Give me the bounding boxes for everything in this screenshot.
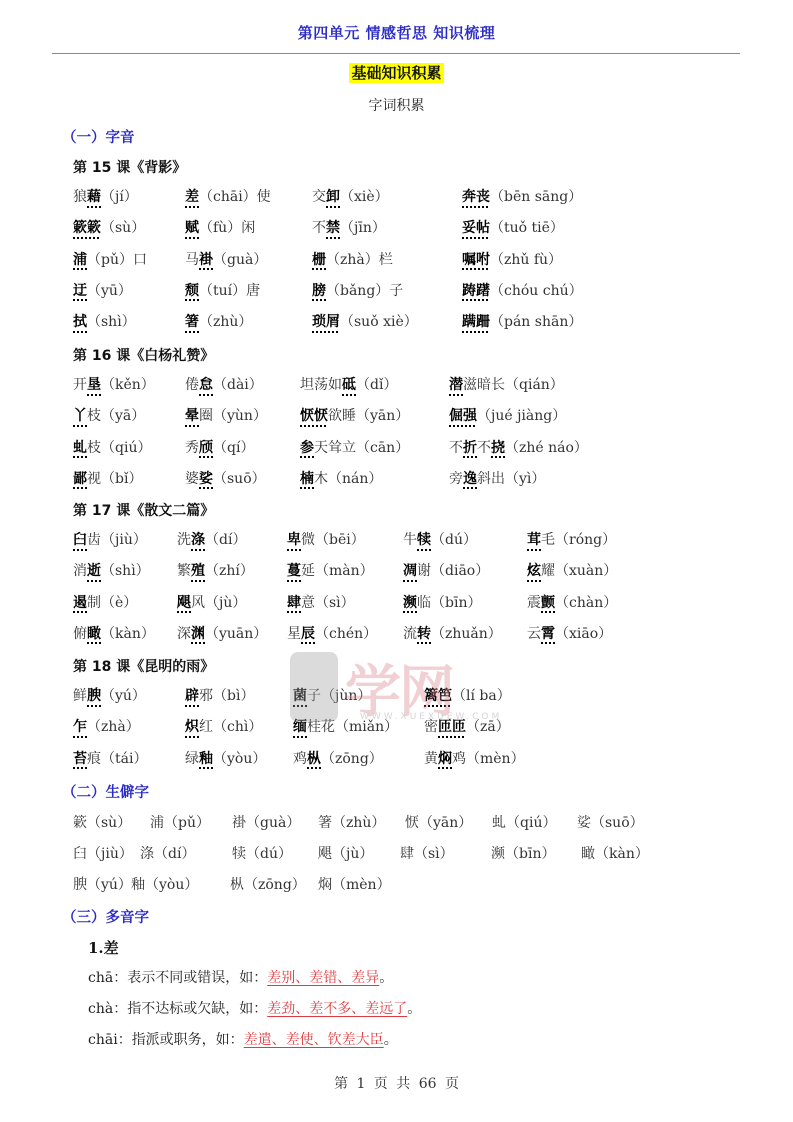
word-text: （zōng） <box>321 751 383 767</box>
word-text: （fù）闲 <box>199 220 255 236</box>
word-text: （bǐ） <box>101 471 142 487</box>
word-text: （xuàn） <box>555 563 617 579</box>
word-text: 洗 <box>177 532 191 548</box>
word-entry: 坦荡如砥（dǐ） <box>300 374 397 394</box>
word-text: 桂花 <box>307 719 335 735</box>
rare-char-entry: 犊（dú） <box>232 843 292 863</box>
word-entry: 拭（shì） <box>73 311 136 331</box>
key-char: 箸 <box>185 314 199 330</box>
key-char: 迂 <box>73 283 87 299</box>
word-entry: 篱笆（lí ba） <box>424 685 511 705</box>
rare-char-entry: 釉（yòu） <box>131 874 198 894</box>
key-char: 倔强 <box>449 408 477 424</box>
word-text: 天耸立 <box>314 440 356 456</box>
polyphone-entry: chā：表示不同或错误，如：差别、差错、差异。 <box>88 967 393 987</box>
key-char: 釉 <box>199 751 213 767</box>
key-char: 琐屑 <box>312 314 340 330</box>
key-char: 踌躇 <box>462 283 490 299</box>
word-text: 红 <box>199 719 213 735</box>
word-entry: 辟邪（bì） <box>185 685 254 705</box>
rare-char-entry: 褂（guà） <box>232 812 300 832</box>
key-char: 乍 <box>73 719 87 735</box>
word-text: （bì） <box>213 688 254 704</box>
word-entry: 丫枝（yā） <box>73 405 145 425</box>
punctuation: 。 <box>407 1001 421 1017</box>
word-entry: 茸毛（róng） <box>527 529 616 549</box>
lesson-title: 第 17 课《散文二篇》 <box>73 500 214 520</box>
word-text: 狼 <box>73 189 87 205</box>
pinyin: chā <box>88 970 113 986</box>
word-text: （è） <box>101 595 137 611</box>
key-char: 蔓 <box>287 563 301 579</box>
key-char: 栅 <box>312 252 326 268</box>
word-entry: 妥帖（tuǒ tiē） <box>462 217 564 237</box>
pinyin: chà <box>88 1001 113 1017</box>
word-text: 流 <box>403 626 417 642</box>
examples: 差劲、差不多、差远了 <box>267 1001 407 1017</box>
key-char: 飓 <box>177 595 191 611</box>
rare-char-entry: 枞（zōng） <box>230 874 306 894</box>
word-text: （xiāo） <box>555 626 612 642</box>
word-entry: 赋（fù）闲 <box>185 217 255 237</box>
key-char: 苔 <box>73 751 87 767</box>
word-text: （chóu chú） <box>490 283 583 299</box>
key-char: 楠 <box>300 471 314 487</box>
word-text: （yān） <box>356 408 409 424</box>
word-entry: 虬枝（qiú） <box>73 437 151 457</box>
word-text: （yū） <box>87 283 132 299</box>
word-text: （yì） <box>505 471 545 487</box>
word-text: （jīn） <box>340 220 386 236</box>
word-entry: 箸（zhù） <box>185 311 252 331</box>
key-char: 辰 <box>301 626 315 642</box>
word-text: （guà） <box>213 252 267 268</box>
word-text: （zhà） <box>87 719 140 735</box>
rare-char-entry: 娑（suō） <box>577 812 644 832</box>
word-entry: 震颤（chàn） <box>527 592 617 612</box>
section-rare-chars: （二）生僻字 <box>62 781 149 802</box>
word-entry: 差（chāi）使 <box>185 186 271 206</box>
word-entry: 濒临（bīn） <box>403 592 481 612</box>
word-text: 马 <box>185 252 199 268</box>
rare-char-entry: 恹（yān） <box>405 812 472 832</box>
word-entry: 踌躇（chóu chú） <box>462 280 583 300</box>
word-text: 木 <box>314 471 328 487</box>
rare-char-entry: 浦（pǔ） <box>150 812 210 832</box>
word-text: （zā） <box>466 719 510 735</box>
word-text: （màn） <box>315 563 374 579</box>
word-text: （tuí）唐 <box>199 283 260 299</box>
pinyin: chāi <box>88 1032 118 1048</box>
word-text: 意 <box>301 595 315 611</box>
key-char: 枞 <box>307 751 321 767</box>
key-char: 颓 <box>185 283 199 299</box>
key-char: 拭 <box>73 314 87 330</box>
key-char: 匝匝 <box>438 719 466 735</box>
word-text: （qián） <box>505 377 564 393</box>
key-char: 转 <box>417 626 431 642</box>
word-text: （yú） <box>101 688 146 704</box>
word-entry: 潜滋暗长（qián） <box>449 374 564 394</box>
word-text: （shì） <box>87 314 136 330</box>
key-char: 濒 <box>403 595 417 611</box>
key-char: 潜 <box>449 377 463 393</box>
key-char: 霄 <box>541 626 555 642</box>
word-entry: 密匝匝（zā） <box>424 716 510 736</box>
word-text: 齿 <box>87 532 101 548</box>
key-char: 肆 <box>287 595 301 611</box>
rare-char-entry: 瞰（kàn） <box>581 843 649 863</box>
word-text: （yuān） <box>205 626 267 642</box>
word-entry: 乍（zhà） <box>73 716 140 736</box>
word-entry: 开垦（kěn） <box>73 374 155 394</box>
word-text: 不 <box>477 440 491 456</box>
word-text: （dí） <box>205 532 246 548</box>
word-entry: 栅（zhà）栏 <box>312 249 393 269</box>
word-text: 秀 <box>185 440 199 456</box>
word-entry: 婆娑（suō） <box>185 468 266 488</box>
key-char: 妥帖 <box>462 220 490 236</box>
word-text: （sì） <box>315 595 355 611</box>
word-text: （lí ba） <box>452 688 511 704</box>
punctuation: 。 <box>384 1032 398 1048</box>
word-text: （zhí） <box>205 563 254 579</box>
word-text: （bēn sāng） <box>490 189 582 205</box>
key-char: 挠 <box>491 440 505 456</box>
word-entry: 肆意（sì） <box>287 592 355 612</box>
word-text: （kàn） <box>101 626 155 642</box>
key-char: 菌 <box>293 688 307 704</box>
word-text: （sù） <box>101 220 145 236</box>
word-text: （zhé náo） <box>505 440 588 456</box>
word-text: 枝 <box>87 408 101 424</box>
word-text: （miǎn） <box>335 719 398 735</box>
key-char: 炽 <box>185 719 199 735</box>
key-char: 砥 <box>342 377 356 393</box>
polyphone-heading: 1.差 <box>88 937 119 958</box>
word-entry: 旁逸斜出（yì） <box>449 468 545 488</box>
word-entry: 蹒跚（pán shān） <box>462 311 582 331</box>
key-char: 篱笆 <box>424 688 452 704</box>
key-char: 差 <box>185 189 199 205</box>
key-char: 褂 <box>199 252 213 268</box>
key-char: 涤 <box>191 532 205 548</box>
word-text: 视 <box>87 471 101 487</box>
word-entry: 膀（bǎng）子 <box>312 280 403 300</box>
definition: ：表示不同或错误，如： <box>113 970 267 986</box>
examples: 差别、差错、差异 <box>267 970 379 986</box>
key-char: 凋 <box>403 563 417 579</box>
word-text: 消 <box>73 563 87 579</box>
word-text: （róng） <box>555 532 616 548</box>
key-char: 遏 <box>73 595 87 611</box>
word-entry: 恹恹欲睡（yān） <box>300 405 409 425</box>
rare-char-entry: 箸（zhù） <box>318 812 385 832</box>
key-char: 晕 <box>185 408 199 424</box>
key-char: 卸 <box>326 189 340 205</box>
word-text: （chén） <box>315 626 377 642</box>
punctuation: 。 <box>379 970 393 986</box>
word-entry: 晕圈（yùn） <box>185 405 267 425</box>
key-char: 殖 <box>191 563 205 579</box>
word-entry: 嘱咐（zhǔ fù） <box>462 249 562 269</box>
word-text: （shì） <box>101 563 150 579</box>
word-entry: 秀颀（qí） <box>185 437 254 457</box>
word-text: （tái） <box>101 751 147 767</box>
word-entry: 星辰（chén） <box>287 623 377 643</box>
key-char: 臼 <box>73 532 87 548</box>
key-char: 炫 <box>527 563 541 579</box>
word-text: （bēi） <box>315 532 365 548</box>
key-char: 颤 <box>541 595 555 611</box>
word-entry: 缅桂花（miǎn） <box>293 716 398 736</box>
key-char: 茸 <box>527 532 541 548</box>
page-footer: 第 1 页 共 66 页 <box>0 1073 793 1093</box>
word-text: 耀 <box>541 563 555 579</box>
word-text: （qiú） <box>101 440 151 456</box>
word-entry: 鄙视（bǐ） <box>73 468 142 488</box>
word-text: （qí） <box>213 440 254 456</box>
key-char: 膀 <box>312 283 326 299</box>
word-text: 枝 <box>87 440 101 456</box>
word-entry: 狼藉（jí） <box>73 186 138 206</box>
word-entry: 楠木（nán） <box>300 468 382 488</box>
key-char: 渊 <box>191 626 205 642</box>
word-text: 不 <box>312 220 326 236</box>
word-text: 俯 <box>73 626 87 642</box>
key-char: 垦 <box>87 377 101 393</box>
word-entry: 不折不挠（zhé náo） <box>449 437 588 457</box>
word-text: 交 <box>312 189 326 205</box>
examples: 差遣、差使、钦差大臣 <box>244 1032 384 1048</box>
word-entry: 颓（tuí）唐 <box>185 280 260 300</box>
word-entry: 黄焖鸡（mèn） <box>424 748 525 768</box>
word-text: （zhuǎn） <box>431 626 502 642</box>
word-entry: 俯瞰（kàn） <box>73 623 155 643</box>
word-text: （bǎng）子 <box>326 283 403 299</box>
word-text: 繁 <box>177 563 191 579</box>
rare-char-entry: 飓（jù） <box>318 843 373 863</box>
word-entry: 卑微（bēi） <box>287 529 365 549</box>
word-text: 坦荡如 <box>300 377 342 393</box>
page-header-title: 第四单元 情感哲思 知识梳理 <box>0 22 793 43</box>
word-text: 鲜 <box>73 688 87 704</box>
word-text: 鸡 <box>293 751 307 767</box>
highlight-title: 基础知识积累 <box>349 63 443 83</box>
word-text: 绿 <box>185 751 199 767</box>
word-text: （mèn） <box>466 751 525 767</box>
word-text: （chàn） <box>555 595 617 611</box>
word-text: （suǒ xiè） <box>340 314 418 330</box>
word-entry: 菌子（jùn） <box>293 685 371 705</box>
lesson-title: 第 18 课《昆明的雨》 <box>73 656 214 676</box>
word-text: 鸡 <box>452 751 466 767</box>
key-char: 缅 <box>293 719 307 735</box>
word-text: （chì） <box>213 719 262 735</box>
word-entry: 倦怠（dài） <box>185 374 263 394</box>
key-char: 藉 <box>87 189 101 205</box>
word-text: 婆 <box>185 471 199 487</box>
word-entry: 鲜腴（yú） <box>73 685 146 705</box>
word-text: 圈 <box>199 408 213 424</box>
word-entry: 绿釉（yòu） <box>185 748 266 768</box>
key-char: 娑 <box>199 471 213 487</box>
word-text: （chāi）使 <box>199 189 271 205</box>
word-text: （jù） <box>205 595 246 611</box>
key-char: 颀 <box>199 440 213 456</box>
word-entry: 流转（zhuǎn） <box>403 623 502 643</box>
word-text: （pán shān） <box>490 314 582 330</box>
rare-char-entry: 焖（mèn） <box>318 874 391 894</box>
word-text: （dú） <box>431 532 477 548</box>
key-char: 虬 <box>73 440 87 456</box>
word-entry: 飓风（jù） <box>177 592 246 612</box>
word-entry: 奔丧（bēn sāng） <box>462 186 582 206</box>
key-char: 禁 <box>326 220 340 236</box>
section-pronunciation: （一）字音 <box>62 126 135 147</box>
word-text: （tuǒ tiē） <box>490 220 564 236</box>
definition: ：指派或职务，如： <box>118 1032 244 1048</box>
word-text: （jí） <box>101 189 138 205</box>
rare-char-entry: 涤（dí） <box>140 843 195 863</box>
word-text: （jué jiàng） <box>477 408 566 424</box>
rare-char-entry: 肆（sì） <box>400 843 454 863</box>
key-char: 折 <box>463 440 477 456</box>
key-char: 焖 <box>438 751 452 767</box>
word-text: 密 <box>424 719 438 735</box>
key-char: 怠 <box>199 377 213 393</box>
word-entry: 交卸（xiè） <box>312 186 389 206</box>
word-entry: 牛犊（dú） <box>403 529 477 549</box>
word-text: 倦 <box>185 377 199 393</box>
word-entry: 凋谢（diāo） <box>403 560 489 580</box>
word-text: （jùn） <box>321 688 371 704</box>
key-char: 簌簌 <box>73 220 101 236</box>
word-text: （zhǔ fù） <box>490 252 562 268</box>
key-char: 卑 <box>287 532 301 548</box>
word-entry: 遏制（è） <box>73 592 137 612</box>
word-text: （yùn） <box>213 408 267 424</box>
word-text: 延 <box>301 563 315 579</box>
word-text: （cān） <box>356 440 409 456</box>
rare-char-entry: 腴（yú） <box>73 874 132 894</box>
word-text: （bīn） <box>431 595 481 611</box>
word-text: 谢 <box>417 563 431 579</box>
word-entry: 蔓延（màn） <box>287 560 374 580</box>
rare-char-entry: 虬（qiú） <box>492 812 556 832</box>
word-text: 深 <box>177 626 191 642</box>
word-entry: 簌簌（sù） <box>73 217 145 237</box>
word-text: （jiù） <box>101 532 147 548</box>
word-text: 微 <box>301 532 315 548</box>
word-text: （nán） <box>328 471 382 487</box>
word-entry: 云霄（xiāo） <box>527 623 612 643</box>
word-entry: 炽红（chì） <box>185 716 262 736</box>
word-entry: 炫耀（xuàn） <box>527 560 617 580</box>
word-text: 牛 <box>403 532 417 548</box>
key-char: 辟 <box>185 688 199 704</box>
word-text: 邪 <box>199 688 213 704</box>
key-char: 赋 <box>185 220 199 236</box>
word-text: 滋暗长 <box>463 377 505 393</box>
key-char: 参 <box>300 440 314 456</box>
rare-char-entry: 簌（sù） <box>73 812 131 832</box>
highlight-title-wrap: 基础知识积累 <box>0 62 793 83</box>
word-text: 制 <box>87 595 101 611</box>
key-char: 恹恹 <box>300 408 328 424</box>
word-text: （dài） <box>213 377 263 393</box>
word-text: 毛 <box>541 532 555 548</box>
word-text: （pǔ）口 <box>87 252 147 268</box>
word-entry: 洗涤（dí） <box>177 529 246 549</box>
key-char: 鄙 <box>73 471 87 487</box>
word-text: 痕 <box>87 751 101 767</box>
key-char: 嘱咐 <box>462 252 490 268</box>
word-entry: 不禁（jīn） <box>312 217 386 237</box>
lesson-title: 第 16 课《白杨礼赞》 <box>73 345 214 365</box>
rare-char-entry: 臼（jiù） <box>73 843 133 863</box>
definition: ：指不达标或欠缺，如： <box>113 1001 267 1017</box>
key-char: 丫 <box>73 408 87 424</box>
lesson-title: 第 15 课《背影》 <box>73 157 186 177</box>
key-char: 腴 <box>87 688 101 704</box>
word-entry: 鸡枞（zōng） <box>293 748 383 768</box>
word-entry: 参天耸立（cān） <box>300 437 409 457</box>
word-entry: 深渊（yuān） <box>177 623 267 643</box>
word-text: 开 <box>73 377 87 393</box>
polyphone-entry: chāi：指派或职务，如：差遣、差使、钦差大臣。 <box>88 1029 398 1049</box>
key-char: 蹒跚 <box>462 314 490 330</box>
word-text: （yā） <box>101 408 145 424</box>
word-text: （dǐ） <box>356 377 397 393</box>
key-char: 奔丧 <box>462 189 490 205</box>
word-entry: 苔痕（tái） <box>73 748 147 768</box>
word-text: 风 <box>191 595 205 611</box>
key-char: 浦 <box>73 252 87 268</box>
rare-char-entry: 濒（bīn） <box>491 843 555 863</box>
word-text: （diāo） <box>431 563 489 579</box>
word-entry: 浦（pǔ）口 <box>73 249 147 269</box>
word-text: 黄 <box>424 751 438 767</box>
word-entry: 臼齿（jiù） <box>73 529 147 549</box>
word-entry: 繁殖（zhí） <box>177 560 254 580</box>
section-polyphones: （三）多音字 <box>62 906 149 927</box>
word-text: （yòu） <box>213 751 266 767</box>
word-entry: 马褂（guà） <box>185 249 267 269</box>
word-text: （suō） <box>213 471 266 487</box>
key-char: 逸 <box>463 471 477 487</box>
word-text: 子 <box>307 688 321 704</box>
word-entry: 琐屑（suǒ xiè） <box>312 311 418 331</box>
word-entry: 消逝（shì） <box>73 560 150 580</box>
polyphone-entry: chà：指不达标或欠缺，如：差劲、差不多、差远了。 <box>88 998 421 1018</box>
key-char: 瞰 <box>87 626 101 642</box>
header-divider <box>52 53 740 54</box>
word-text: （xiè） <box>340 189 389 205</box>
word-entry: 迂（yū） <box>73 280 132 300</box>
word-text: （kěn） <box>101 377 155 393</box>
key-char: 犊 <box>417 532 431 548</box>
word-text: 临 <box>417 595 431 611</box>
word-text: 欲睡 <box>328 408 356 424</box>
word-entry: 倔强（jué jiàng） <box>449 405 566 425</box>
word-text: （zhà）栏 <box>326 252 393 268</box>
word-text: 不 <box>449 440 463 456</box>
word-text: 云 <box>527 626 541 642</box>
word-text: 星 <box>287 626 301 642</box>
word-text: 旁 <box>449 471 463 487</box>
subtitle: 字词积累 <box>0 95 793 115</box>
